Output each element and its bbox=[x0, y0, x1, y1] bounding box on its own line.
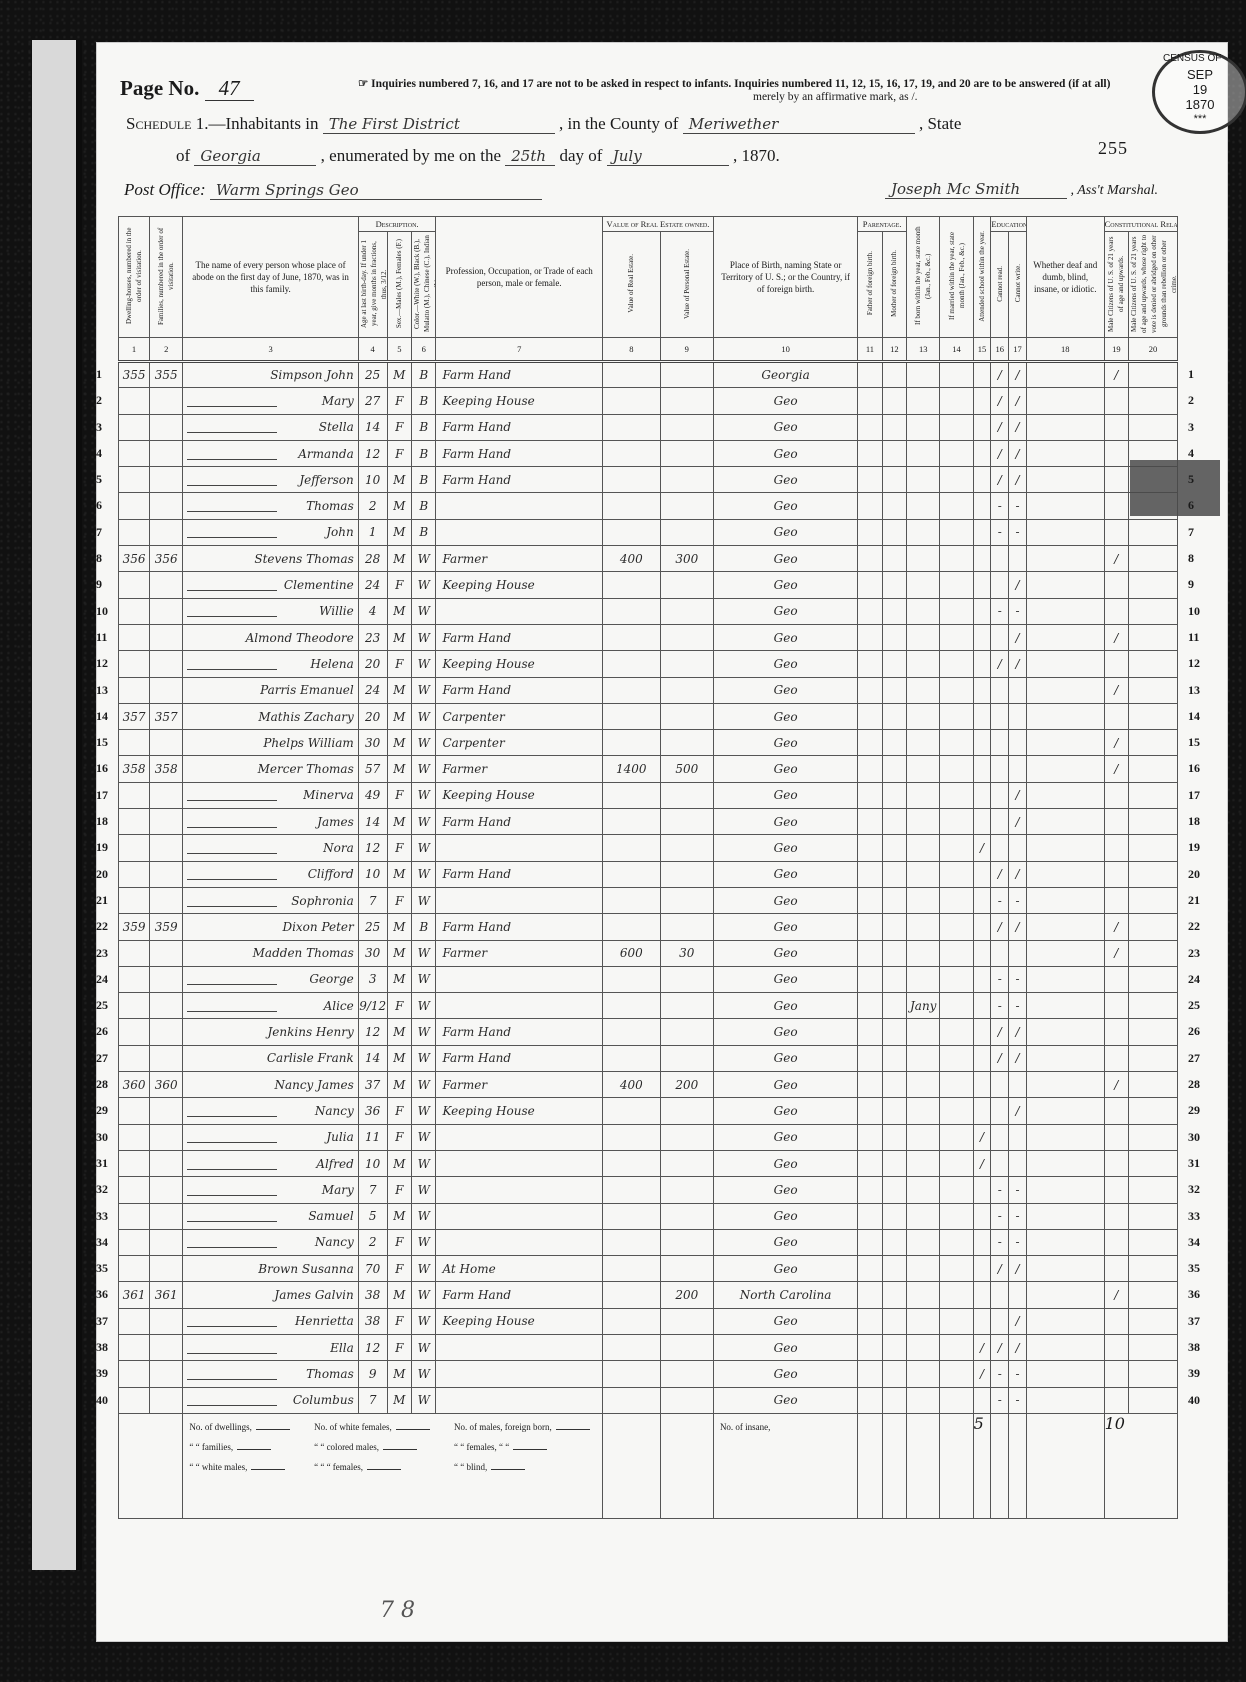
cell-personal bbox=[660, 362, 713, 388]
cell-read bbox=[991, 940, 1009, 966]
cell-family bbox=[150, 572, 183, 598]
cell-denied bbox=[1129, 782, 1178, 808]
cell-disability bbox=[1026, 966, 1104, 992]
cell-read: - bbox=[991, 1229, 1009, 1255]
cell-father bbox=[858, 887, 882, 913]
cell-family bbox=[150, 940, 183, 966]
cell-birthplace: Geo bbox=[713, 1229, 857, 1255]
cell-mother bbox=[882, 1334, 906, 1360]
cell-sex: F bbox=[387, 414, 411, 440]
cell-citizen bbox=[1104, 809, 1128, 835]
table-row: Phelps William30MWCarpenterGeo/ bbox=[119, 730, 1178, 756]
row-number-right: 6 bbox=[1188, 498, 1194, 513]
cell-mother bbox=[882, 703, 906, 729]
cell-real bbox=[602, 887, 660, 913]
cell-read: / bbox=[991, 1045, 1009, 1071]
row-number-right: 11 bbox=[1188, 630, 1199, 645]
cell-name: Carlisle Frank bbox=[183, 1045, 358, 1071]
cell-mother bbox=[882, 1150, 906, 1176]
cell-read: - bbox=[991, 993, 1009, 1019]
table-row: Stella14FBFarm HandGeo// bbox=[119, 414, 1178, 440]
same-surname-dash bbox=[187, 984, 277, 985]
cell-disability bbox=[1026, 546, 1104, 572]
table-row: 361361James Galvin38MWFarm Hand200North … bbox=[119, 1282, 1178, 1308]
cell-father bbox=[858, 677, 882, 703]
cell-personal bbox=[660, 677, 713, 703]
cell-name: Samuel bbox=[183, 1203, 358, 1229]
instructions: ☞ Inquiries numbered 7, 16, and 17 are n… bbox=[358, 78, 1218, 104]
cell-citizen bbox=[1104, 1308, 1128, 1334]
cell-denied bbox=[1129, 1334, 1178, 1360]
cell-born bbox=[907, 519, 940, 545]
cell-mother bbox=[882, 1256, 906, 1282]
table-row: Nancy2FWGeo-- bbox=[119, 1229, 1178, 1255]
page-number: Page No. 47 bbox=[120, 76, 254, 101]
row-number-left: 33 bbox=[96, 1209, 108, 1224]
summary-blank bbox=[237, 1449, 271, 1450]
cell-personal: 500 bbox=[660, 756, 713, 782]
cell-name: Jenkins Henry bbox=[183, 1019, 358, 1045]
cell-mother bbox=[882, 756, 906, 782]
cell-mother bbox=[882, 887, 906, 913]
row-number-right: 9 bbox=[1188, 577, 1194, 592]
cell-name: Columbus bbox=[183, 1387, 358, 1413]
cell-denied bbox=[1129, 914, 1178, 940]
row-number-right: 38 bbox=[1188, 1340, 1200, 1355]
cell-birthplace: Geo bbox=[713, 993, 857, 1019]
row-number-left: 27 bbox=[96, 1051, 108, 1066]
cell-father bbox=[858, 1334, 882, 1360]
cell-disability bbox=[1026, 782, 1104, 808]
cell-real bbox=[602, 914, 660, 940]
row-number-left: 38 bbox=[96, 1340, 108, 1355]
col-header-personal-estate: Value of Personal Estate. bbox=[660, 232, 713, 338]
summary-field: “ “ blind, bbox=[454, 1462, 596, 1472]
cell-school bbox=[973, 703, 991, 729]
cell-school bbox=[973, 861, 991, 887]
row-number-left: 31 bbox=[96, 1156, 108, 1171]
cell-sex: F bbox=[387, 993, 411, 1019]
cell-sex: M bbox=[387, 598, 411, 624]
cell-father bbox=[858, 1150, 882, 1176]
cell-write: / bbox=[1009, 651, 1027, 677]
cell-father bbox=[858, 1256, 882, 1282]
cell-color: B bbox=[412, 440, 436, 466]
cell-name: Ella bbox=[183, 1334, 358, 1360]
cell-sex: M bbox=[387, 1387, 411, 1413]
col-header-married-month: If married within the year, state month … bbox=[940, 217, 973, 338]
same-surname-dash bbox=[187, 1221, 277, 1222]
row-number-right: 18 bbox=[1188, 814, 1200, 829]
cell-born bbox=[907, 782, 940, 808]
cell-write bbox=[1009, 1150, 1027, 1176]
cell-disability bbox=[1026, 835, 1104, 861]
cell-sex: M bbox=[387, 940, 411, 966]
row-number-right: 23 bbox=[1188, 946, 1200, 961]
table-row: Almond Theodore23MWFarm HandGeo// bbox=[119, 624, 1178, 650]
cell-denied bbox=[1129, 887, 1178, 913]
row-number-right: 34 bbox=[1188, 1235, 1200, 1250]
cell-read bbox=[991, 1124, 1009, 1150]
cell-birthplace: Geo bbox=[713, 414, 857, 440]
cell-sex: M bbox=[387, 1203, 411, 1229]
row-number-left: 10 bbox=[96, 604, 108, 619]
cell-family bbox=[150, 651, 183, 677]
cell-personal: 200 bbox=[660, 1072, 713, 1098]
cell-read bbox=[991, 624, 1009, 650]
cell-citizen: / bbox=[1104, 730, 1128, 756]
cell-real bbox=[602, 730, 660, 756]
cell-name: Mercer Thomas bbox=[183, 756, 358, 782]
cell-color: B bbox=[412, 388, 436, 414]
cell-sex: F bbox=[387, 440, 411, 466]
cell-write: / bbox=[1009, 809, 1027, 835]
table-row: Mary27FBKeeping HouseGeo// bbox=[119, 388, 1178, 414]
same-surname-dash bbox=[187, 537, 277, 538]
cell-married bbox=[940, 703, 973, 729]
cell-occupation: Farmer bbox=[436, 546, 603, 572]
col-header-occupation: Profession, Occupation, or Trade of each… bbox=[436, 217, 603, 338]
cell-sex: F bbox=[387, 1256, 411, 1282]
row-number-right: 27 bbox=[1188, 1051, 1200, 1066]
cell-father bbox=[858, 703, 882, 729]
cell-school bbox=[973, 1229, 991, 1255]
summary-field: “ “ females, “ “ bbox=[454, 1442, 596, 1452]
cell-birthplace: Geo bbox=[713, 966, 857, 992]
cell-born bbox=[907, 1334, 940, 1360]
cell-father bbox=[858, 966, 882, 992]
cell-disability bbox=[1026, 887, 1104, 913]
cell-personal bbox=[660, 993, 713, 1019]
row-number-left: 16 bbox=[96, 761, 108, 776]
cell-dwelling: 361 bbox=[119, 1282, 150, 1308]
cell-write bbox=[1009, 546, 1027, 572]
cell-personal bbox=[660, 651, 713, 677]
cell-birthplace: Geo bbox=[713, 624, 857, 650]
cell-citizen bbox=[1104, 1256, 1128, 1282]
row-number-right: 15 bbox=[1188, 735, 1200, 750]
cell-denied bbox=[1129, 1124, 1178, 1150]
summary-counts: No. of dwellings,No. of white females,No… bbox=[183, 1414, 602, 1480]
cell-school bbox=[973, 887, 991, 913]
summary-field: No. of dwellings, bbox=[189, 1422, 296, 1432]
cell-citizen bbox=[1104, 887, 1128, 913]
cell-real bbox=[602, 1150, 660, 1176]
cell-family: 361 bbox=[150, 1282, 183, 1308]
row-number-right: 31 bbox=[1188, 1156, 1200, 1171]
col-header-school: Attended school within the year. bbox=[973, 217, 991, 338]
cell-citizen bbox=[1104, 1019, 1128, 1045]
cell-disability bbox=[1026, 1387, 1104, 1413]
cell-personal bbox=[660, 1256, 713, 1282]
cell-color: B bbox=[412, 519, 436, 545]
group-header-parentage: Parentage. bbox=[858, 217, 907, 232]
cell-occupation: Farm Hand bbox=[436, 1019, 603, 1045]
cell-born bbox=[907, 1072, 940, 1098]
cell-father bbox=[858, 519, 882, 545]
cell-write: - bbox=[1009, 1203, 1027, 1229]
cell-real bbox=[602, 651, 660, 677]
cell-family bbox=[150, 1045, 183, 1071]
cell-born bbox=[907, 1177, 940, 1203]
cell-school bbox=[973, 1072, 991, 1098]
cell-family bbox=[150, 519, 183, 545]
cell-citizen bbox=[1104, 703, 1128, 729]
cell-real bbox=[602, 782, 660, 808]
cell-father bbox=[858, 1177, 882, 1203]
cell-read bbox=[991, 756, 1009, 782]
cell-family bbox=[150, 1150, 183, 1176]
row-number-left: 28 bbox=[96, 1077, 108, 1092]
cell-read: - bbox=[991, 966, 1009, 992]
cell-color: W bbox=[412, 966, 436, 992]
cell-family bbox=[150, 966, 183, 992]
cell-school bbox=[973, 677, 991, 703]
cell-occupation: Keeping House bbox=[436, 1098, 603, 1124]
cell-father bbox=[858, 598, 882, 624]
cell-birthplace: Geo bbox=[713, 493, 857, 519]
group-header-constitutional: Constitutional Relations. bbox=[1104, 217, 1177, 232]
cell-denied bbox=[1129, 861, 1178, 887]
table-row: 357357Mathis Zachary20MWCarpenterGeo bbox=[119, 703, 1178, 729]
cell-sex: M bbox=[387, 966, 411, 992]
cell-dwelling bbox=[119, 624, 150, 650]
row-number-right: 22 bbox=[1188, 919, 1200, 934]
cell-family bbox=[150, 1334, 183, 1360]
cell-read: / bbox=[991, 388, 1009, 414]
cell-age: 7 bbox=[358, 887, 387, 913]
cell-married bbox=[940, 835, 973, 861]
cell-family bbox=[150, 782, 183, 808]
summary-field: “ “ white males, bbox=[189, 1462, 296, 1472]
cell-dwelling bbox=[119, 440, 150, 466]
cell-school bbox=[973, 624, 991, 650]
cell-mother bbox=[882, 1229, 906, 1255]
cell-born bbox=[907, 966, 940, 992]
table-row: Julia11FWGeo/ bbox=[119, 1124, 1178, 1150]
cell-father bbox=[858, 835, 882, 861]
same-surname-dash bbox=[187, 1247, 277, 1248]
cell-read: - bbox=[991, 887, 1009, 913]
cell-disability bbox=[1026, 730, 1104, 756]
cell-name: Mathis Zachary bbox=[183, 703, 358, 729]
cell-real bbox=[602, 467, 660, 493]
cell-mother bbox=[882, 1019, 906, 1045]
cell-married bbox=[940, 940, 973, 966]
cell-real: 400 bbox=[602, 1072, 660, 1098]
cell-read bbox=[991, 835, 1009, 861]
cell-married bbox=[940, 1361, 973, 1387]
cell-real bbox=[602, 362, 660, 388]
cell-denied bbox=[1129, 1229, 1178, 1255]
cell-color: W bbox=[412, 1098, 436, 1124]
cell-real bbox=[602, 966, 660, 992]
cell-born bbox=[907, 1229, 940, 1255]
table-row: Helena20FWKeeping HouseGeo// bbox=[119, 651, 1178, 677]
county-field: Meriwether bbox=[683, 115, 915, 134]
cell-real bbox=[602, 1203, 660, 1229]
cell-read bbox=[991, 572, 1009, 598]
cell-disability bbox=[1026, 440, 1104, 466]
cell-sex: F bbox=[387, 1334, 411, 1360]
cell-dwelling bbox=[119, 940, 150, 966]
cell-citizen bbox=[1104, 966, 1128, 992]
cell-disability bbox=[1026, 414, 1104, 440]
summary-field: “ “ colored males, bbox=[314, 1442, 436, 1452]
summary-blank bbox=[513, 1449, 547, 1450]
cell-born bbox=[907, 1045, 940, 1071]
cell-birthplace: Geo bbox=[713, 388, 857, 414]
summary-blank bbox=[256, 1429, 290, 1430]
cell-school: / bbox=[973, 1361, 991, 1387]
cell-dwelling bbox=[119, 598, 150, 624]
cell-birthplace: Geo bbox=[713, 677, 857, 703]
cell-born bbox=[907, 1361, 940, 1387]
cell-dwelling bbox=[119, 1256, 150, 1282]
row-number-left: 26 bbox=[96, 1024, 108, 1039]
row-number-left: 9 bbox=[96, 577, 102, 592]
cell-name: Clementine bbox=[183, 572, 358, 598]
row-number-left: 12 bbox=[96, 656, 108, 671]
cell-citizen bbox=[1104, 1203, 1128, 1229]
cell-born bbox=[907, 493, 940, 519]
district-field: The First District bbox=[323, 115, 555, 134]
row-number-right: 10 bbox=[1188, 604, 1200, 619]
cell-real bbox=[602, 1282, 660, 1308]
cell-citizen bbox=[1104, 835, 1128, 861]
cell-name: Almond Theodore bbox=[183, 624, 358, 650]
cell-color: W bbox=[412, 1256, 436, 1282]
cell-sex: M bbox=[387, 809, 411, 835]
cell-occupation: Farmer bbox=[436, 940, 603, 966]
cell-family bbox=[150, 730, 183, 756]
cell-sex: M bbox=[387, 1361, 411, 1387]
table-row: 356356Stevens Thomas28MWFarmer400300Geo/ bbox=[119, 546, 1178, 572]
cell-dwelling bbox=[119, 809, 150, 835]
summary-field: No. of white females, bbox=[314, 1422, 436, 1432]
cell-father bbox=[858, 1019, 882, 1045]
cell-born bbox=[907, 624, 940, 650]
cell-dwelling bbox=[119, 887, 150, 913]
cell-color: W bbox=[412, 651, 436, 677]
cell-personal bbox=[660, 1387, 713, 1413]
cell-citizen bbox=[1104, 1387, 1128, 1413]
cell-sex: M bbox=[387, 1282, 411, 1308]
cell-father bbox=[858, 940, 882, 966]
cell-real: 1400 bbox=[602, 756, 660, 782]
same-surname-dash bbox=[187, 406, 277, 407]
cell-read bbox=[991, 703, 1009, 729]
cell-born bbox=[907, 677, 940, 703]
cell-read: / bbox=[991, 414, 1009, 440]
cell-age: 5 bbox=[358, 1203, 387, 1229]
cell-family bbox=[150, 1203, 183, 1229]
cell-mother bbox=[882, 1203, 906, 1229]
cell-denied bbox=[1129, 1308, 1178, 1334]
same-surname-dash bbox=[187, 1011, 277, 1012]
col-header-father-foreign: Father of foreign birth. bbox=[858, 232, 882, 338]
cell-citizen bbox=[1104, 1361, 1128, 1387]
cell-married bbox=[940, 598, 973, 624]
cell-born bbox=[907, 1203, 940, 1229]
same-surname-dash bbox=[187, 432, 277, 433]
cell-name: Alice bbox=[183, 993, 358, 1019]
cell-sex: M bbox=[387, 914, 411, 940]
cell-occupation: Farm Hand bbox=[436, 1282, 603, 1308]
cell-mother bbox=[882, 835, 906, 861]
cell-citizen bbox=[1104, 440, 1128, 466]
cell-color: W bbox=[412, 1203, 436, 1229]
cell-real bbox=[602, 993, 660, 1019]
cell-age: 14 bbox=[358, 1045, 387, 1071]
cell-family bbox=[150, 993, 183, 1019]
cell-family bbox=[150, 1019, 183, 1045]
cell-dwelling bbox=[119, 1334, 150, 1360]
cell-sex: M bbox=[387, 467, 411, 493]
table-row: Ella12FWGeo/// bbox=[119, 1334, 1178, 1360]
cell-name: John bbox=[183, 519, 358, 545]
cell-disability bbox=[1026, 914, 1104, 940]
cell-school bbox=[973, 993, 991, 1019]
cell-married bbox=[940, 914, 973, 940]
cell-write: / bbox=[1009, 572, 1027, 598]
cell-read: / bbox=[991, 651, 1009, 677]
cell-birthplace: Geo bbox=[713, 809, 857, 835]
row-number-right: 20 bbox=[1188, 867, 1200, 882]
col-header-mother-foreign: Mother of foreign birth. bbox=[882, 232, 906, 338]
cell-married bbox=[940, 1334, 973, 1360]
cell-citizen bbox=[1104, 1045, 1128, 1071]
cell-school bbox=[973, 440, 991, 466]
cell-age: 10 bbox=[358, 861, 387, 887]
cell-denied bbox=[1129, 1203, 1178, 1229]
cell-personal: 200 bbox=[660, 1282, 713, 1308]
cell-sex: M bbox=[387, 1019, 411, 1045]
cell-age: 70 bbox=[358, 1256, 387, 1282]
cell-married bbox=[940, 546, 973, 572]
cell-school bbox=[973, 966, 991, 992]
marshal-line: Joseph Mc Smith , Ass't Marshal. bbox=[885, 180, 1158, 199]
cell-write bbox=[1009, 940, 1027, 966]
cell-mother bbox=[882, 940, 906, 966]
cell-married bbox=[940, 861, 973, 887]
census-page: Page No. 47 ☞ Inquiries numbered 7, 16, … bbox=[96, 42, 1228, 1642]
cell-disability bbox=[1026, 1124, 1104, 1150]
same-surname-dash bbox=[187, 1195, 277, 1196]
cell-dwelling bbox=[119, 1308, 150, 1334]
cell-school bbox=[973, 467, 991, 493]
cell-real bbox=[602, 1124, 660, 1150]
cell-mother bbox=[882, 1072, 906, 1098]
row-number-right: 3 bbox=[1188, 420, 1194, 435]
cell-sex: M bbox=[387, 624, 411, 650]
cell-write: - bbox=[1009, 519, 1027, 545]
cell-denied bbox=[1129, 519, 1178, 545]
cell-born bbox=[907, 1150, 940, 1176]
cell-disability bbox=[1026, 651, 1104, 677]
row-number-left: 34 bbox=[96, 1235, 108, 1250]
census-table: Dwelling-houses, numbered in the order o… bbox=[118, 216, 1178, 1519]
same-surname-dash bbox=[187, 459, 277, 460]
cell-occupation: Farm Hand bbox=[436, 809, 603, 835]
cell-read bbox=[991, 782, 1009, 808]
cell-disability bbox=[1026, 809, 1104, 835]
cell-write: - bbox=[1009, 598, 1027, 624]
cell-read: - bbox=[991, 598, 1009, 624]
cell-dwelling bbox=[119, 677, 150, 703]
cell-read: / bbox=[991, 1334, 1009, 1360]
cell-write: / bbox=[1009, 782, 1027, 808]
